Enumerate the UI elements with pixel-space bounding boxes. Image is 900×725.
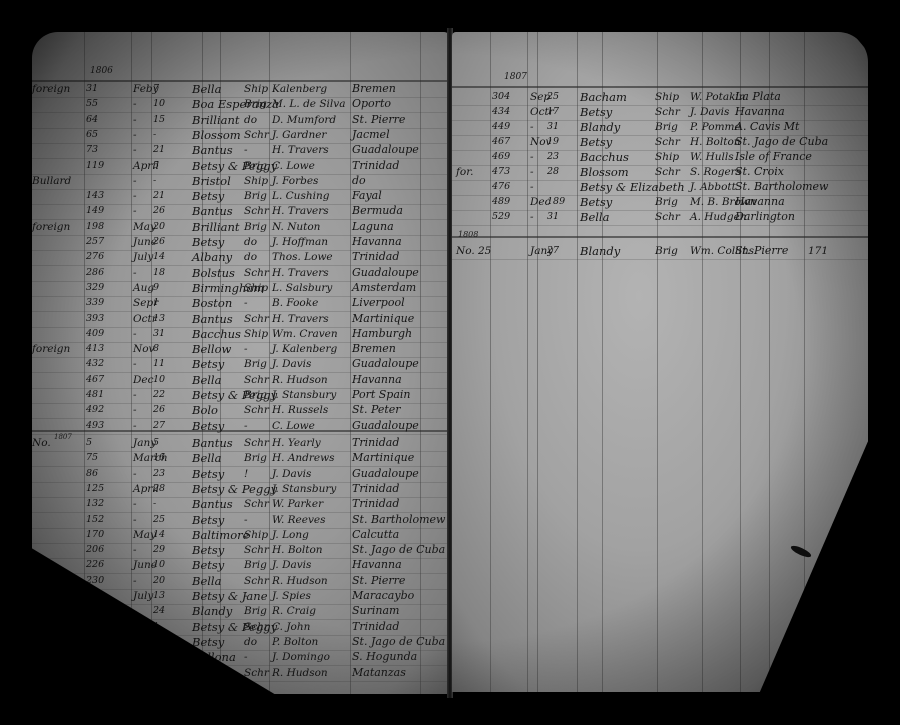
entry-rig: Brig: [655, 242, 678, 260]
entry-vessel: Betsy: [192, 417, 224, 435]
entry-port: St. Pierre: [735, 242, 788, 260]
entry-vessel: Bella: [580, 208, 609, 226]
year-heading-1806: 1806: [90, 66, 113, 76]
ledger-row: No. 25Jany27BlandyBrigWm. CollinsSt. Pie…: [452, 242, 868, 260]
entry-day: 27: [547, 242, 559, 260]
right-ledger-page: 1807 1808 304Sep25BachamShipW. PotakinLa…: [452, 32, 868, 692]
entry-rig: -: [244, 417, 248, 435]
entry-master: R. Hudson: [272, 664, 328, 682]
entry-day: 1: [153, 618, 159, 636]
year-heading-1808: 1808: [458, 230, 478, 239]
entry-port: Matanzas: [352, 664, 406, 682]
entry-note: No. 25: [456, 242, 491, 260]
entry-month: -: [133, 602, 137, 620]
entry-day: 8: [153, 648, 159, 666]
ledger-row: 529-31BellaSchrA. HudgenDarlington: [452, 208, 868, 226]
entry-port: Darlington: [735, 208, 795, 226]
entry-tonnage: 171: [808, 242, 828, 260]
entry-port: Guadaloupe: [352, 417, 419, 435]
entry-day: 27: [153, 417, 165, 435]
entry-no: 529: [492, 208, 510, 226]
entry-day: 27: [153, 633, 165, 651]
entry-no: 278: [86, 587, 104, 605]
entry-month: -: [530, 208, 534, 226]
entry-vessel: Blandy: [580, 242, 620, 260]
entry-month: -: [133, 417, 137, 435]
entry-rig: Schr: [244, 664, 269, 682]
entry-master: C. Lowe: [272, 417, 315, 435]
entry-vessel: Bella: [192, 664, 221, 682]
left-ledger-page: 1806 1807 foreign31Feby7BellaShipKalenbe…: [32, 32, 450, 694]
year-heading-1807: 1807: [504, 72, 527, 82]
ledger-row: BellaSchrR. HudsonMatanzas: [32, 664, 450, 682]
entry-month: Aug: [133, 618, 154, 636]
entry-rig: Schr: [655, 208, 680, 226]
ledger-row: 493-27Betsy-C. LoweGuadaloupe: [32, 417, 450, 435]
entry-no: 493: [86, 417, 104, 435]
entry-day: 31: [547, 208, 559, 226]
